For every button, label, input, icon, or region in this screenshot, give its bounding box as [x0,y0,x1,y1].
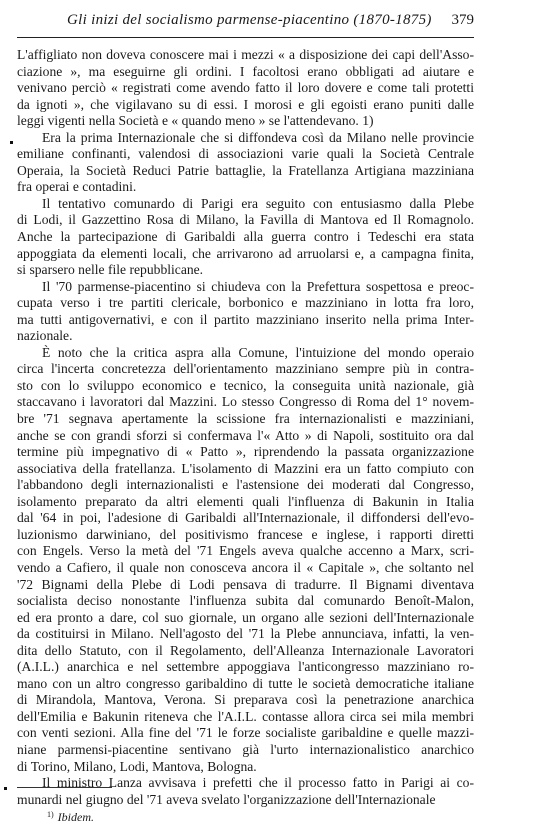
paragraph: È noto che la critica aspra alla Comune,… [17,345,474,775]
text-line: vendo a Cafiero, il quale non conosceva … [17,560,474,577]
page-number: 379 [452,12,475,29]
paragraph: Il tentativo comunardo di Parigi era seg… [17,196,474,279]
text-line: ciazione », ma eseguirne gli ordini. I f… [17,64,474,81]
running-title: Gli inizi del socialismo parmense-piacen… [67,12,432,29]
text-line: cupata verso i tre partiti clericale, bo… [17,295,474,312]
text-line: l'abbandono degli internazionalisti e l'… [17,477,474,494]
footnote: 1)Ibidem. [47,810,94,825]
text-line: bre '71 segnava apertamente la scissione… [17,411,474,428]
text-line: si sparsero nelle file repubblicane. [17,262,474,279]
body-text: L'affigliato non doveva conoscere mai i … [17,47,474,808]
text-line: anche se con grandi sforzi si confermava… [17,428,474,445]
text-line: socialista deciso nonostante l'influenza… [17,593,474,610]
text-line: L'affigliato non doveva conoscere mai i … [17,47,474,64]
running-head: Gli inizi del socialismo parmense-piacen… [17,12,474,32]
text-line: luzionismo darwiniano, del positivismo f… [17,527,474,544]
text-line: da costituirsi in Milano. Nell'agosto de… [17,626,474,643]
text-line: staccavano i lavoratori dal Mazzini. Lo … [17,394,474,411]
text-line: Era la prima Internazionale che si diffo… [17,130,474,147]
paragraph: L'affigliato non doveva conoscere mai i … [17,47,474,130]
text-line: leggi vigenti nella Società e « quando m… [17,113,474,130]
text-line: fra operai e contadini. [17,179,474,196]
paragraph: Il '70 parmense-piacentino si chiudeva c… [17,279,474,345]
text-line: di Lodi, il Gazzettino Rosa di Milano, l… [17,212,474,229]
text-line: nazionale. [17,328,474,345]
text-line: appoggiata da elementi locali, che arriv… [17,246,474,263]
text-line: ed era pronto a dare, col suo giornale, … [17,610,474,627]
text-line: venivano perciò « registrati come avendo… [17,80,474,97]
text-line: Il tentativo comunardo di Parigi era seg… [17,196,474,213]
text-line: emiliane confinanti, valendosi di associ… [17,146,474,163]
scan-speck [10,141,13,144]
text-line: È noto che la critica aspra alla Comune,… [17,345,474,362]
footnote-rule [17,787,112,788]
text-line: mano con un altro congresso garibaldino … [17,676,474,693]
footnote-marker: 1) [47,810,54,819]
text-line: ma tutti antigovernativi, e con il parti… [17,312,474,329]
text-line: da ignoti », che vigilavano su di essi. … [17,97,474,114]
text-line: di Torino, Milano, Lodi, Mantova, Bologn… [17,759,474,776]
text-line: niane parmensi-piacentine sentivano già … [17,742,474,759]
text-line: Il '70 parmense-piacentino si chiudeva c… [17,279,474,296]
text-line: circa l'incerta concretezza dell'orienta… [17,361,474,378]
text-line: (A.I.L.) anarchica e nel settembre appog… [17,659,474,676]
text-line: Il ministro Lanza avvisava i prefetti ch… [17,775,474,792]
text-line: con Engels. Verso la metà del '71 Engels… [17,543,474,560]
text-line: dita dello Statuto, con il Regolamento, … [17,643,474,660]
footnote-text: Ibidem. [58,810,94,824]
text-line: dal '64 in poi, l'adesione di Garibaldi … [17,510,474,527]
text-line: di Mirandola, Mantova, Verona. Si prepar… [17,692,474,709]
text-line: Anche la partecipazione di Garibaldi all… [17,229,474,246]
paragraph: Il ministro Lanza avvisava i prefetti ch… [17,775,474,808]
text-line: Operaia, la Società Reduci Patrie battag… [17,163,474,180]
text-line: isolamento preparato da altri elementi q… [17,494,474,511]
text-line: '72 Bignami della Plebe di Lodi pensava … [17,577,474,594]
text-line: associativa della fratellanza. L'isolame… [17,461,474,478]
text-line: con venti sezioni. Alla fine del '71 le … [17,725,474,742]
text-line: munardi nel giugno del '71 aveva svelato… [17,792,474,809]
scan-speck [4,787,7,790]
header-rule [17,37,474,38]
text-line: sto con lo sviluppo economico e tecnico,… [17,378,474,395]
paragraph: Era la prima Internazionale che si diffo… [17,130,474,196]
text-line: termine più impegnativo di « Patto », ri… [17,444,474,461]
text-line: dell'Emilia e Bakunin riteneva che l'A.I… [17,709,474,726]
